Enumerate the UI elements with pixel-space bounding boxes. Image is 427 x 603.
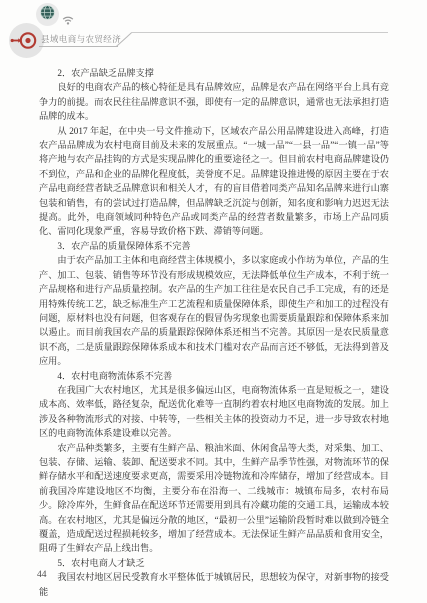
paragraph: 我国农村地区居民受教育水平整体低于城镇居民，思想较为保守，对新事物的接受能 xyxy=(39,570,389,599)
paragraph: 从 2017 年起，在中央一号文件推动下，区域农产品公用品牌建设进入高峰，打造农… xyxy=(39,124,389,239)
paragraph: 由于农产品加工主体和电商经营主体规模小，多以家庭或小作坊为单位，产品的生产、加工… xyxy=(39,253,389,368)
page-number: 44 xyxy=(37,570,47,580)
paragraph: 农产品种类繁多，主要有生鲜产品、粮油米面、休闲食品等大类，对采集、加工、包装、存… xyxy=(39,441,389,556)
wifi-icon xyxy=(62,12,74,22)
section-heading-4: 4．农村电商物流体系不完善 xyxy=(39,369,389,383)
paragraph: 良好的电商农产品的核心特征是具有品牌效应，品牌是农产品在网络平台上具有竞争力的前… xyxy=(39,80,389,123)
section-heading-5: 5．农村电商人才缺乏 xyxy=(39,556,389,570)
globe-icon xyxy=(39,4,56,26)
running-head-title: 县域电商与农贸经济 xyxy=(41,33,121,45)
section-heading-3: 3．农产品的质量保障体系不完善 xyxy=(39,239,389,253)
paragraph: 在我国广大农村地区，尤其是很多偏远山区，电商物流体系一直是短板之一，建设成本高、… xyxy=(39,383,389,441)
book-page: 县域电商与农贸经济 2．农产品缺乏品牌支撑 良好的电商农产品的核心特征是具有品牌… xyxy=(0,0,427,603)
section-heading-2: 2．农产品缺乏品牌支撑 xyxy=(39,66,389,80)
publisher-logo xyxy=(9,23,44,58)
header-underline xyxy=(39,46,118,47)
header-rule xyxy=(131,32,388,33)
globe-badge xyxy=(36,3,59,26)
page-body: 2．农产品缺乏品牌支撑 良好的电商农产品的核心特征是具有品牌效应，品牌是农产品在… xyxy=(39,66,389,599)
